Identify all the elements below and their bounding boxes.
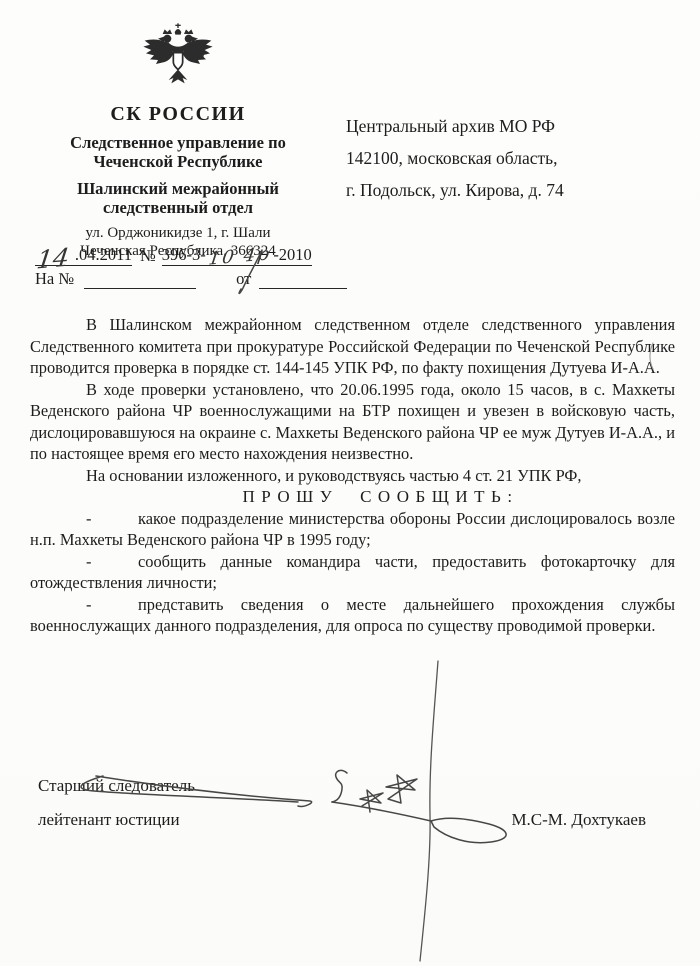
reply-from-label: от xyxy=(236,269,251,289)
org-name: СК РОССИИ xyxy=(42,103,314,126)
reply-reference-row: На № от xyxy=(35,269,365,289)
number-sign: № xyxy=(140,246,156,266)
signature-block: Старший следователь лейтенант юстиции М.… xyxy=(38,776,646,830)
dept-line-1: Следственное управление по xyxy=(70,133,286,152)
list-dash: - xyxy=(86,551,138,573)
recipient-line-1: Центральный архив МО РФ xyxy=(346,110,681,142)
paragraph-legal-basis: На основании изложенного, и руководствуя… xyxy=(30,465,675,487)
list-dash: - xyxy=(86,508,138,530)
recipient-line-2: 142100, московская область, xyxy=(346,142,681,174)
handwritten-day: 14 xyxy=(34,249,77,269)
request-item-3: -представить сведения о месте дальнейшег… xyxy=(30,594,675,637)
request-item-1: -какое подразделение министерства оборон… xyxy=(30,508,675,551)
recipient-line-3: г. Подольск, ул. Кирова, д. 74 xyxy=(346,174,681,206)
reply-date-blank xyxy=(259,271,347,289)
coat-of-arms-eagle-icon xyxy=(138,22,218,98)
recipient-address: Центральный архив МО РФ 142100, московск… xyxy=(346,110,681,206)
org-address-line-1: ул. Орджоникидзе 1, г. Шали xyxy=(86,225,271,241)
signer-rank: лейтенант юстиции xyxy=(38,810,180,830)
scanned-letter-page: СК РОССИИ Следственное управление по Чеч… xyxy=(0,0,700,966)
handwritten-number: 10 4р xyxy=(204,243,275,270)
reference-block: 14 .04.2011 № 396-3- 10 4р -2010 На № от xyxy=(35,244,365,289)
org-department: Следственное управление по Чеченской Рес… xyxy=(42,134,314,171)
outgoing-number-row: 14 .04.2011 № 396-3- 10 4р -2010 xyxy=(35,244,365,266)
date-underlined-group: 14 .04.2011 xyxy=(35,245,132,266)
unit-line-1: Шалинский межрайонный xyxy=(77,179,279,198)
number-suffix: -2010 xyxy=(273,245,312,265)
printed-date: .04.2011 xyxy=(75,245,132,265)
request-heading: ПРОШУ СООБЩИТЬ: xyxy=(30,486,675,508)
paragraph-facts: В ходе проверки установлено, что 20.06.1… xyxy=(30,379,675,465)
list-dash: - xyxy=(86,594,138,616)
signer-name: М.С-М. Дохтукаев xyxy=(511,810,646,830)
unit-line-2: следственный отдел xyxy=(103,198,253,217)
signer-post: Старший следователь xyxy=(38,776,646,796)
letter-body: В Шалинском межрайонном следственном отд… xyxy=(30,314,675,637)
dept-line-2: Чеченской Республике xyxy=(94,152,263,171)
reply-number-blank xyxy=(84,271,196,289)
letterhead: СК РОССИИ Следственное управление по Чеч… xyxy=(42,22,314,260)
number-prefix: 396-3- xyxy=(162,245,206,265)
request-item-2: -сообщить данные командира части, предос… xyxy=(30,551,675,594)
org-unit: Шалинский межрайонный следственный отдел xyxy=(42,180,314,217)
paragraph-intro: В Шалинском межрайонном следственном отд… xyxy=(30,314,675,379)
number-underlined-group: 396-3- 10 4р -2010 xyxy=(162,244,312,266)
